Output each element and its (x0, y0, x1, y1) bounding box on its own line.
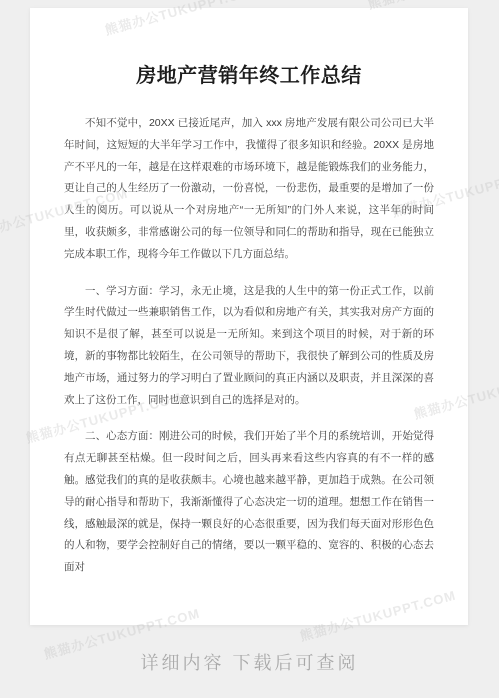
footer: 详细内容 下载后可查阅 (0, 625, 499, 698)
document-page: 房地产营销年终工作总结 不知不觉中，20XX 已接近尾声，加入 xxx 房地产发… (30, 8, 468, 625)
paragraph-intro: 不知不觉中，20XX 已接近尾声，加入 xxx 房地产发展有限公司公司已大半年时… (64, 113, 434, 266)
document-title: 房地产营销年终工作总结 (64, 64, 434, 88)
paragraph-mindset: 二、心态方面：刚进公司的时候，我们开始了半个月的系统培训，开始觉得有点无聊甚至枯… (64, 426, 434, 579)
document-body: 不知不觉中，20XX 已接近尾声，加入 xxx 房地产发展有限公司公司已大半年时… (64, 113, 434, 579)
document-preview-canvas: 熊猫办公TUKUPPT.COM 熊猫办公TUKUPPT.COM 熊猫办公TUKU… (0, 0, 499, 698)
paragraph-study: 一、学习方面：学习，永无止境，这是我的人生中的第一份正式工作，以前学生时代做过一… (64, 281, 434, 412)
download-notice: 详细内容 下载后可查阅 (141, 649, 359, 675)
